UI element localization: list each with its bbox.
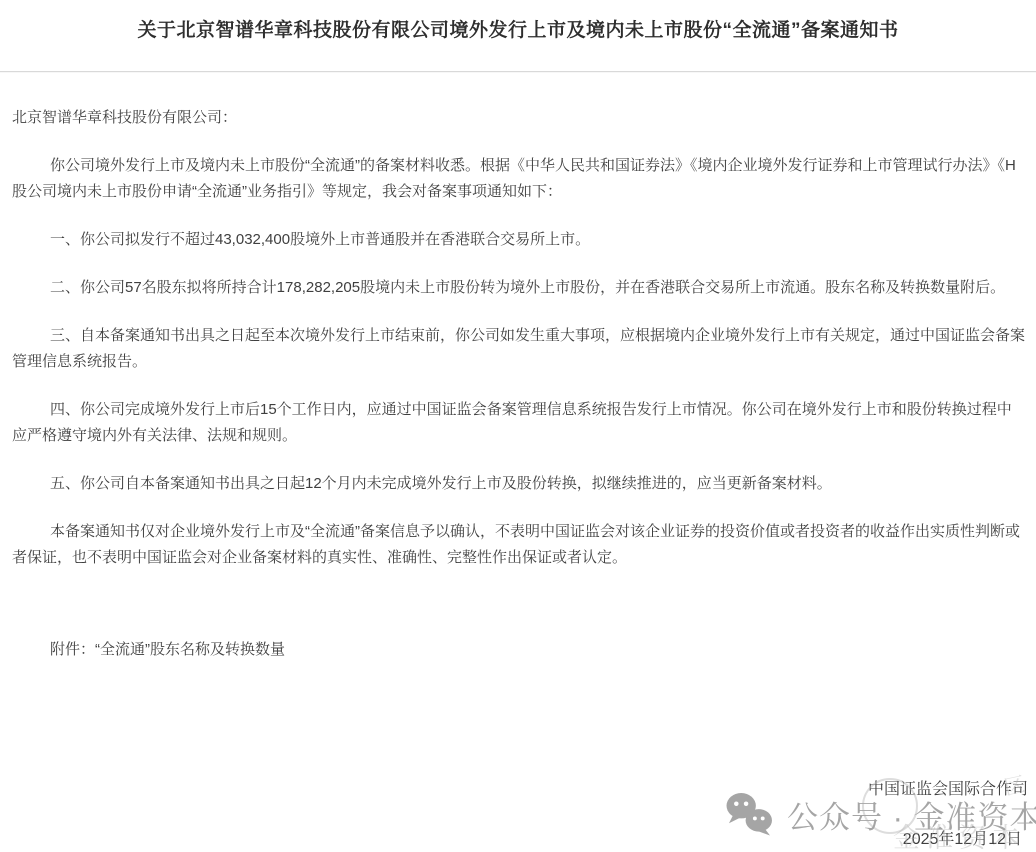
item-2-paragraph: 二、你公司57名股东拟将所持合计178,282,205股境内未上市股份转为境外上… [12,275,1026,301]
item-1-paragraph: 一、你公司拟发行不超过43,032,400股境外上市普通股并在香港联合交易所上市… [12,227,1026,253]
item-3-paragraph: 三、自本备案通知书出具之日起至本次境外发行上市结束前，你公司如发生重大事项，应根… [12,323,1026,375]
document-body: 北京智谱华章科技股份有限公司： 你公司境外发行上市及境内未上市股份“全流通”的备… [0,105,1036,663]
issuing-authority: 中国证监会国际合作司 [0,777,1036,803]
title-divider [0,71,1036,72]
document-title: 关于北京智谱华章科技股份有限公司境外发行上市及境内未上市股份“全流通”备案通知书 [0,0,1036,42]
issue-date: 2025年12月12日 [0,827,1036,852]
notice-document-page: 关于北京智谱华章科技股份有限公司境外发行上市及境内未上市股份“全流通”备案通知书… [0,0,1036,852]
disclaimer-paragraph: 本备案通知书仅对企业境外发行上市及“全流通”备案信息予以确认，不表明中国证监会对… [12,519,1026,571]
intro-paragraph: 你公司境外发行上市及境内未上市股份“全流通”的备案材料收悉。根据《中华人民共和国… [12,153,1026,205]
item-5-paragraph: 五、你公司自本备案通知书出具之日起12个月内未完成境外发行上市及股份转换，拟继续… [12,471,1026,497]
salutation-line: 北京智谱华章科技股份有限公司： [12,105,1026,131]
attachment-line: 附件：“全流通”股东名称及转换数量 [12,637,1026,663]
signature-block: 中国证监会国际合作司 2025年12月12日 [0,777,1036,852]
item-4-paragraph: 四、你公司完成境外发行上市后15个工作日内，应通过中国证监会备案管理信息系统报告… [12,397,1026,449]
